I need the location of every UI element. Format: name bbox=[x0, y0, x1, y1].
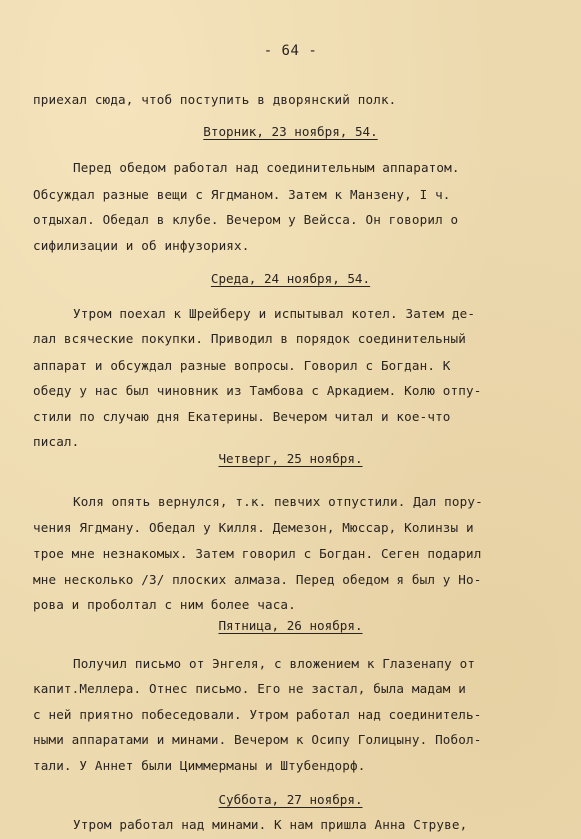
text-line: мне несколько /3/ плоских алмаза. Перед … bbox=[33, 572, 481, 587]
date-heading-text: Пятница, 26 ноября. bbox=[218, 618, 362, 633]
text-line: сифилизации и об инфузориях. bbox=[33, 238, 250, 253]
typewritten-page: - 64 - приехал сюда, чтоб поступить в дв… bbox=[0, 0, 581, 839]
text-line: стили по случаю дня Екатерины. Вечером ч… bbox=[33, 409, 451, 424]
text-line: писал. bbox=[33, 434, 79, 449]
text-line: трое мне незнакомых. Затем говорил с Бог… bbox=[33, 546, 481, 561]
paragraph-first-line: Коля опять вернулся, т.к. певчих отпусти… bbox=[73, 494, 483, 509]
date-heading: Пятница, 26 ноября. bbox=[0, 618, 581, 633]
text-line: обеду у нас был чиновник из Тамбова с Ар… bbox=[33, 383, 481, 398]
paragraph-first-line: Утром поехал к Шрейберу и испытывал коте… bbox=[73, 306, 475, 321]
date-heading: Четверг, 25 ноября. bbox=[0, 451, 581, 466]
date-heading-text: Среда, 24 ноября, 54. bbox=[211, 271, 370, 286]
date-heading-text: Четверг, 25 ноября. bbox=[218, 451, 362, 466]
date-heading-text: Вторник, 23 ноября, 54. bbox=[203, 124, 377, 139]
text-line: аппарат и обсуждал разные вопросы. Говор… bbox=[33, 358, 451, 373]
text-line: чения Ягдману. Обедал у Килля. Демезон, … bbox=[33, 520, 474, 535]
date-heading: Среда, 24 ноября, 54. bbox=[0, 271, 581, 286]
text-line: капит.Меллера. Отнес письмо. Его не заст… bbox=[33, 681, 466, 696]
date-heading: Вторник, 23 ноября, 54. bbox=[0, 124, 581, 139]
text-line: с ней приятно побеседовали. Утром работа… bbox=[33, 707, 481, 722]
text-line: отдыхал. Обедал в клубе. Вечером у Вейсс… bbox=[33, 212, 458, 227]
paragraph-first-line: Утром работал над минами. К нам пришла А… bbox=[73, 817, 467, 832]
paragraph-first-line: Получил письмо от Энгеля, с вложением к … bbox=[73, 656, 475, 671]
paragraph-first-line: Перед обедом работал над соединительным … bbox=[73, 160, 460, 175]
text-line: рова и проболтал с ним более часа. bbox=[33, 597, 296, 612]
text-line: приехал сюда, чтоб поступить в дворянски… bbox=[33, 92, 396, 107]
text-line: Обсуждал разные вещи с Ягдманом. Затем к… bbox=[33, 187, 451, 202]
date-heading: Суббота, 27 ноября. bbox=[0, 792, 581, 807]
text-line: ными аппаратами и минами. Вечером к Осип… bbox=[33, 732, 481, 747]
page-number: - 64 - bbox=[0, 43, 581, 59]
text-line: лал всяческие покупки. Приводил в порядо… bbox=[33, 331, 466, 346]
text-line: тали. У Аннет были Циммерманы и Штубендо… bbox=[33, 758, 365, 773]
date-heading-text: Суббота, 27 ноября. bbox=[218, 792, 362, 807]
